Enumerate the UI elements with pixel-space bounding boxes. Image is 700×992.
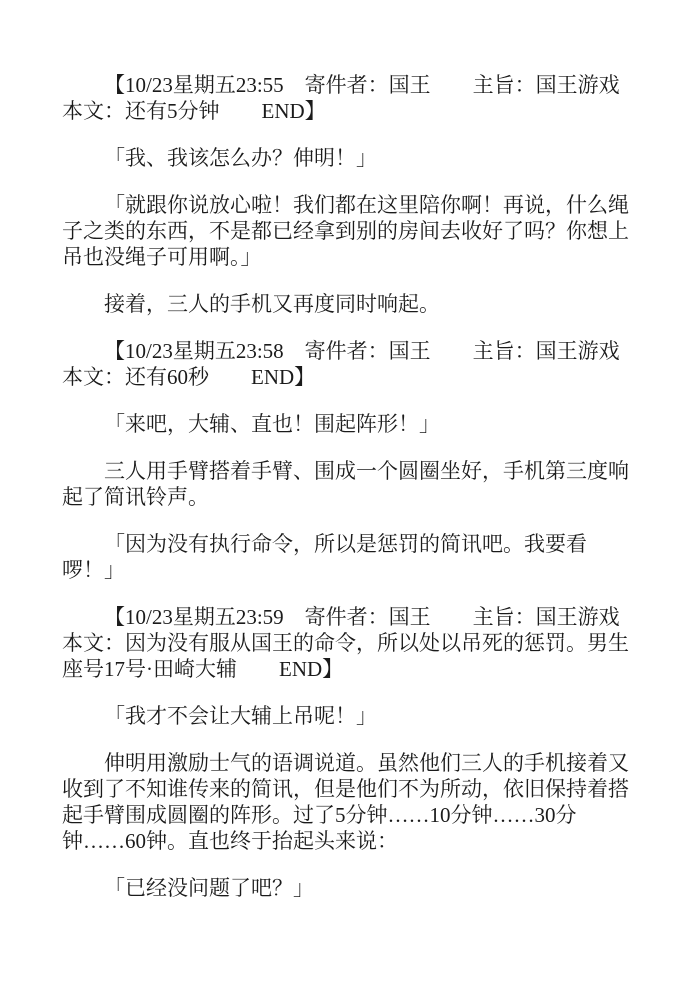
dialogue-paragraph-4: 「因为没有执行命令，所以是惩罚的简讯吧。我要看 啰！」 bbox=[62, 531, 646, 583]
page-text-content: 【10/23星期五23:55 寄件者：国王 主旨：国王游戏 本文：还有5分钟 E… bbox=[62, 72, 646, 922]
dialogue-paragraph-6: 「已经没问题了吧？」 bbox=[62, 875, 646, 901]
sms-message-1: 【10/23星期五23:55 寄件者：国王 主旨：国王游戏 本文：还有5分钟 E… bbox=[62, 72, 646, 124]
dialogue-paragraph-2: 「就跟你说放心啦！我们都在这里陪你啊！再说，什么绳 子之类的东西，不是都已经拿到… bbox=[62, 192, 646, 270]
dialogue-paragraph-1: 「我、我该怎么办？伸明！」 bbox=[62, 145, 646, 171]
narration-paragraph-2: 三人用手臂搭着手臂、围成一个圆圈坐好，手机第三度响 起了简讯铃声。 bbox=[62, 458, 646, 510]
dialogue-paragraph-3: 「来吧，大辅、直也！围起阵形！」 bbox=[62, 411, 646, 437]
sms-message-2: 【10/23星期五23:58 寄件者：国王 主旨：国王游戏 本文：还有60秒 E… bbox=[62, 338, 646, 390]
narration-paragraph-3: 伸明用激励士气的语调说道。虽然他们三人的手机接着又 收到了不知谁传来的简讯，但是… bbox=[62, 750, 646, 854]
narration-paragraph-1: 接着，三人的手机又再度同时响起。 bbox=[62, 291, 646, 317]
sms-message-3: 【10/23星期五23:59 寄件者：国王 主旨：国王游戏 本文：因为没有服从国… bbox=[62, 604, 646, 682]
book-page: 【10/23星期五23:55 寄件者：国王 主旨：国王游戏 本文：还有5分钟 E… bbox=[0, 0, 700, 992]
dialogue-paragraph-5: 「我才不会让大辅上吊呢！」 bbox=[62, 703, 646, 729]
